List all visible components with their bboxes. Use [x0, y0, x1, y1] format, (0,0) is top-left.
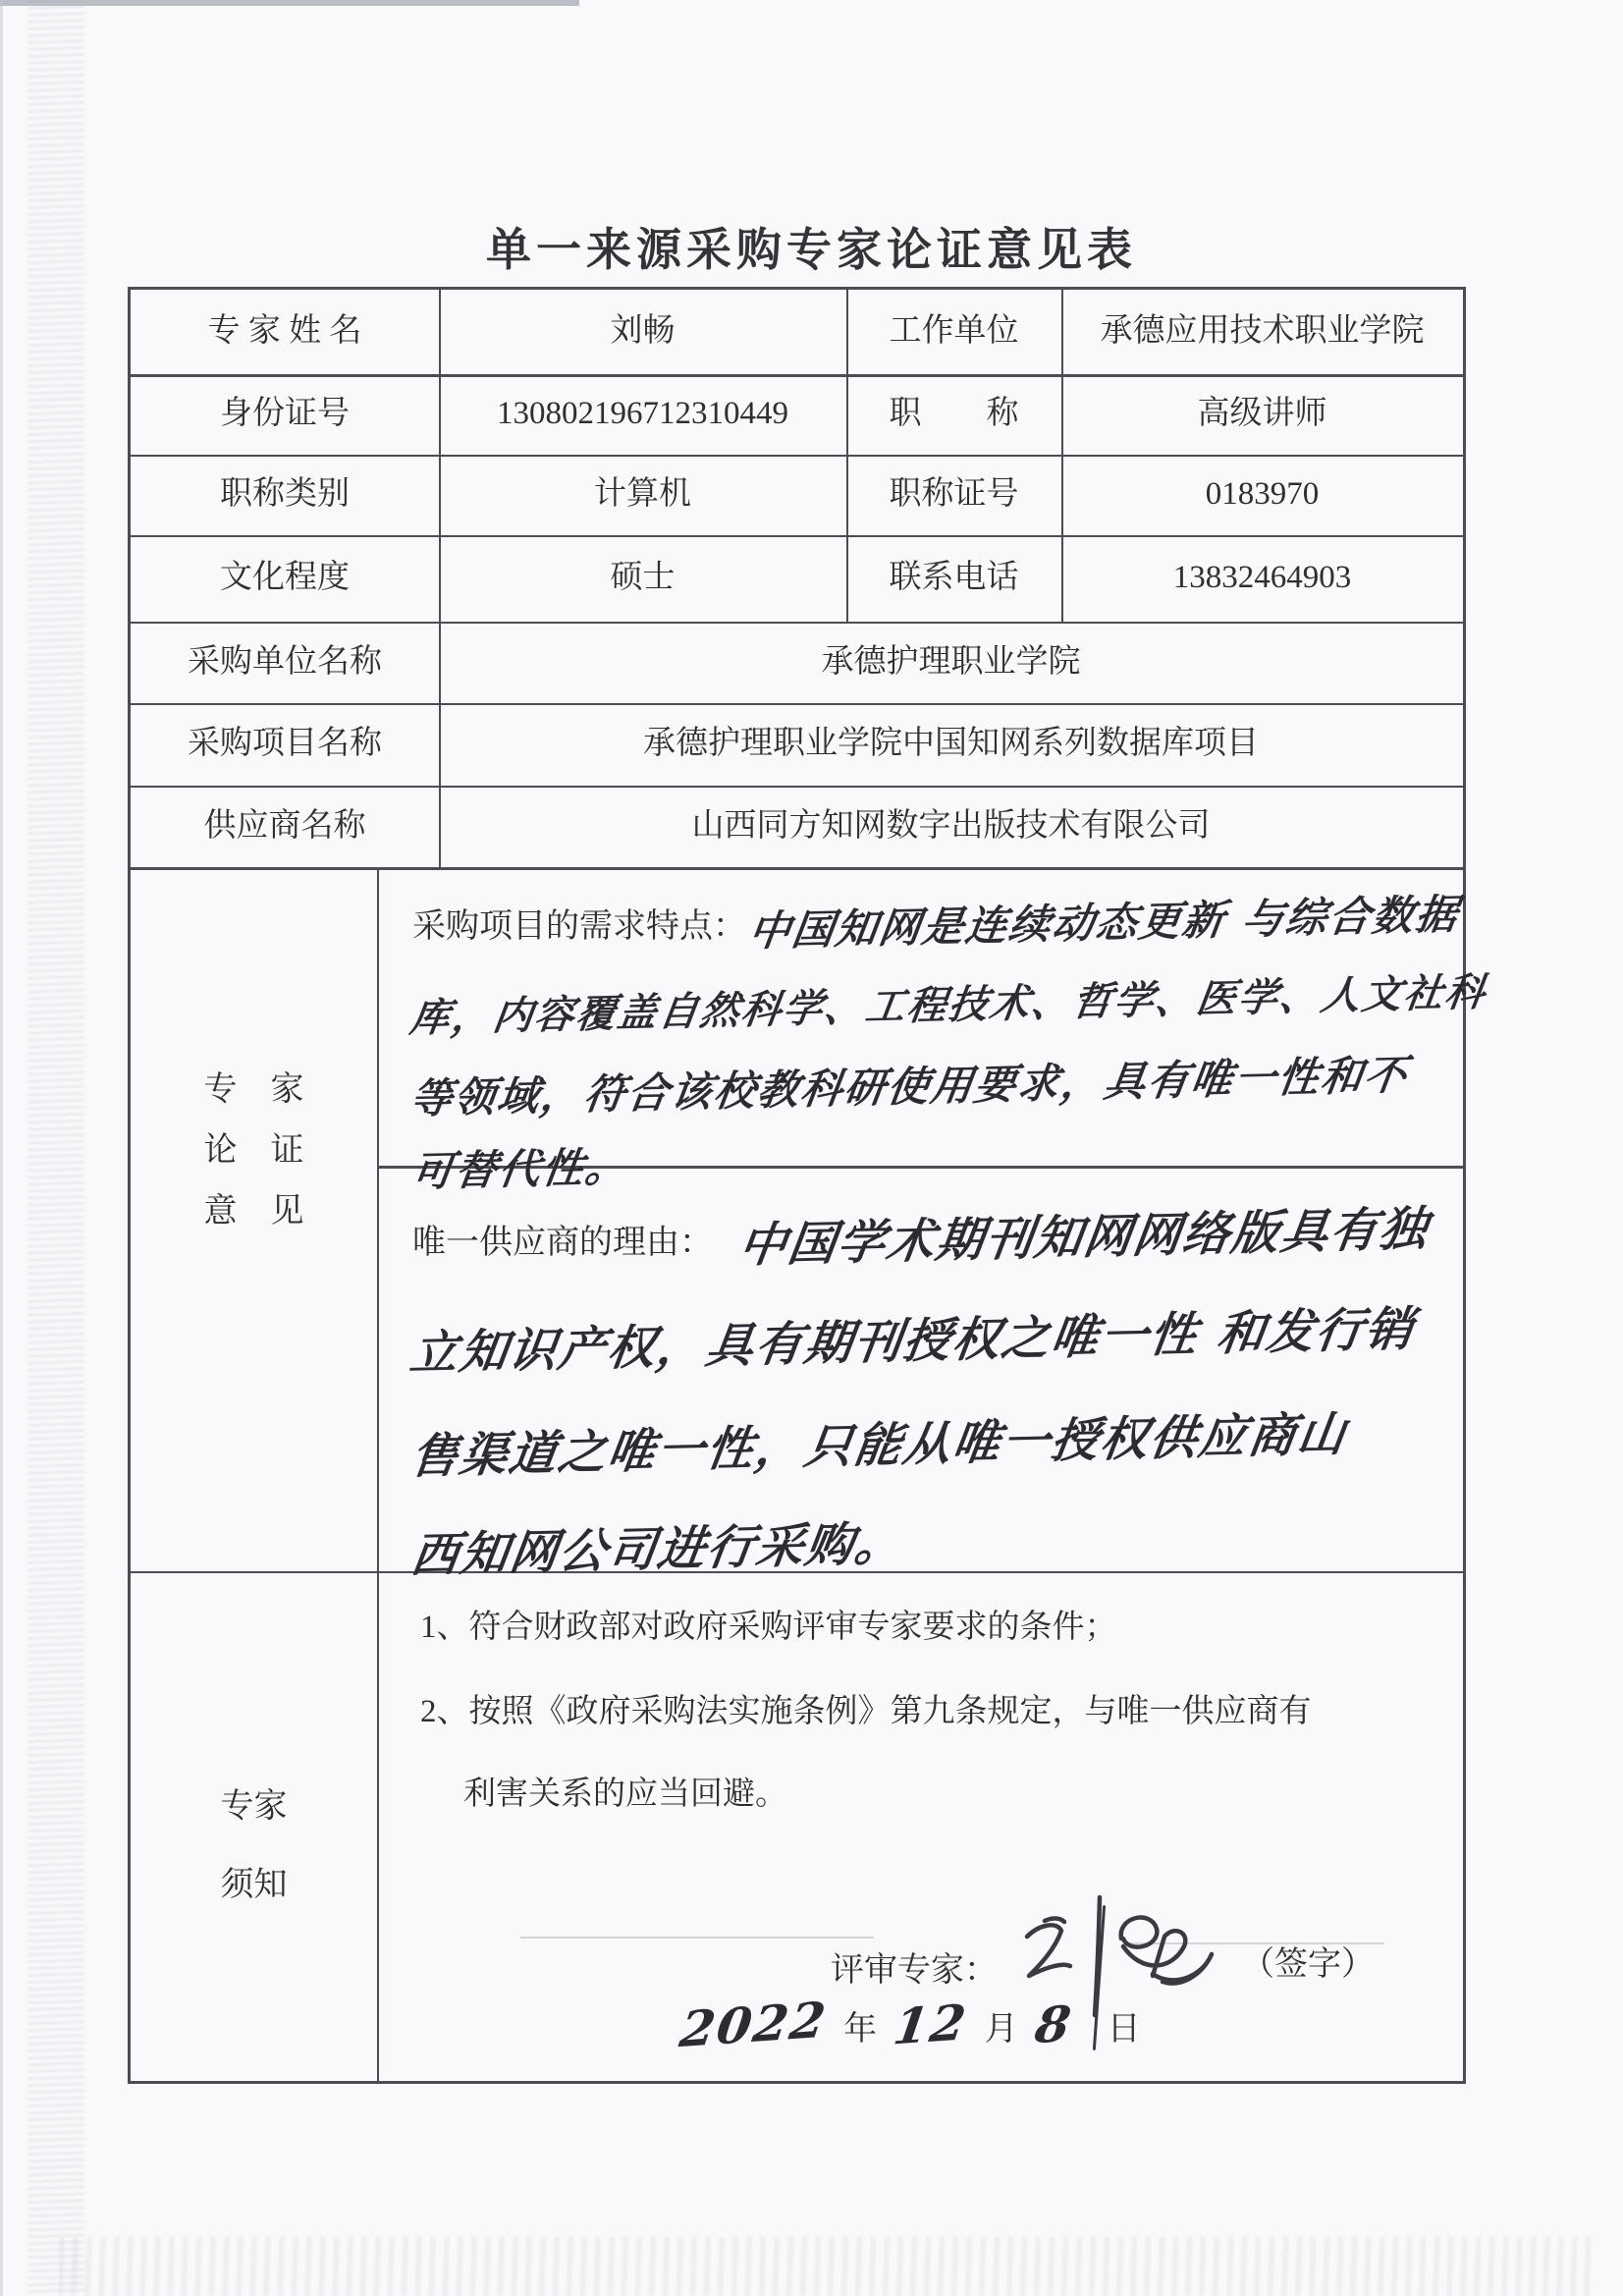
- field-value-expert-name: 刘畅: [439, 290, 846, 374]
- section-label-expert-notice: 专家 须知: [131, 1571, 377, 2087]
- scan-noise-band: [27, 0, 84, 2296]
- field-label-title-category: 职称类别: [131, 455, 439, 535]
- field-value-education: 硕士: [439, 535, 846, 622]
- scan-edge-artifact: [0, 0, 579, 6]
- field-value-title-category: 计算机: [439, 455, 846, 535]
- section-label-expert-opinion: 专 家 论 证 意 见: [131, 867, 377, 1571]
- date-month-unit: 月: [985, 2001, 1018, 2050]
- field-label-supplier-name: 供应商名称: [131, 786, 439, 867]
- handwriting-line: 立知识产权，具有期刊授权之唯一性 和发行销: [405, 1284, 1421, 1400]
- notice-label-line: 须知: [221, 1846, 288, 1925]
- notice-label-line: 专家: [221, 1768, 288, 1846]
- opinion-label-line: 专 家: [204, 1060, 304, 1121]
- date-month-handwritten: 12: [891, 1994, 972, 2056]
- field-label-education: 文化程度: [131, 535, 439, 622]
- field-label-work-unit: 工作单位: [846, 290, 1061, 374]
- field-value-title-cert-no: 0183970: [1061, 455, 1463, 535]
- date-day-handwritten: 8: [1031, 1995, 1076, 2054]
- field-label-job-title: 职 称: [846, 374, 1061, 455]
- field-label-phone: 联系电话: [846, 535, 1061, 622]
- reviewer-label: 评审专家：: [831, 1942, 998, 1991]
- signature-date: 2022 年 12 月 8 日: [672, 1995, 1149, 2053]
- field-label-project-name: 采购项目名称: [131, 703, 439, 786]
- notice-content: 1、符合财政部对政府采购评审专家要求的条件； 2、按照《政府采购法实施条例》第九…: [377, 1571, 1463, 2087]
- handwriting-line: 中国知网是连续动态更新 与综合数据: [744, 878, 1464, 968]
- field-label-title-cert-no: 职称证号: [846, 455, 1061, 535]
- field-value-work-unit: 承德应用技术职业学院: [1061, 290, 1463, 374]
- notice-item-1: 1、符合财政部对政府采购评审专家要求的条件；: [420, 1601, 1117, 1647]
- field-value-id-number: 130802196712310449: [439, 374, 846, 455]
- demand-label: 采购项目的需求特点：: [412, 908, 746, 945]
- field-label-expert-name: 专 家 姓 名: [131, 290, 439, 374]
- page-title: 单一来源采购专家论证意见表: [0, 214, 1623, 279]
- scanned-form-page: 单一来源采购专家论证意见表 专 家 姓 名 刘畅 工作单位 承德应用技术职业学院…: [0, 0, 1623, 2296]
- field-value-purchasing-unit: 承德护理职业学院: [439, 622, 1463, 703]
- date-year-handwritten: 2022: [676, 1991, 831, 2058]
- scan-noise-band: [59, 2237, 1591, 2296]
- form-table: 专 家 姓 名 刘畅 工作单位 承德应用技术职业学院 身份证号 13080219…: [128, 287, 1466, 2084]
- field-label-purchasing-unit: 采购单位名称: [131, 622, 439, 703]
- field-value-phone: 13832464903: [1061, 535, 1463, 622]
- opinion-demand-section: 采购项目的需求特点： 中国知网是连续动态更新 与综合数据 库，内容覆盖自然科学、…: [377, 867, 1463, 1166]
- handwriting-line: 等领域，符合该校教科研使用要求，具有唯一性和不: [406, 1039, 1413, 1136]
- scan-edge-artifact: [0, 0, 3, 2296]
- notice-item-2-continued: 利害关系的应当回避。: [463, 1768, 787, 1814]
- field-value-supplier-name: 山西同方知网数字出版技术有限公司: [439, 786, 1463, 867]
- handwriting-line: 中国学术期刊知网网络版具有独: [732, 1182, 1434, 1291]
- sole-supplier-label: 唯一供应商的理由：: [412, 1225, 713, 1261]
- date-day-unit: 日: [1108, 2001, 1141, 2050]
- notice-item-2: 2、按照《政府采购法实施条例》第九条规定，与唯一供应商有: [420, 1685, 1312, 1731]
- opinion-label-line: 论 证: [204, 1121, 304, 1181]
- sign-here-hint: （签字）: [1241, 1937, 1375, 1985]
- date-year-unit: 年: [843, 2001, 877, 2050]
- handwriting-line: 售渠道之唯一性，只能从唯一授权供应商山: [405, 1388, 1353, 1503]
- opinion-sole-supplier-section: 唯一供应商的理由： 中国学术期刊知网网络版具有独 立知识产权，具有期刊授权之唯一…: [377, 1166, 1463, 1571]
- opinion-label-line: 意 见: [204, 1181, 304, 1242]
- field-value-project-name: 承德护理职业学院中国知网系列数据库项目: [439, 703, 1463, 786]
- field-label-id-number: 身份证号: [131, 374, 439, 455]
- field-value-job-title: 高级讲师: [1061, 374, 1463, 455]
